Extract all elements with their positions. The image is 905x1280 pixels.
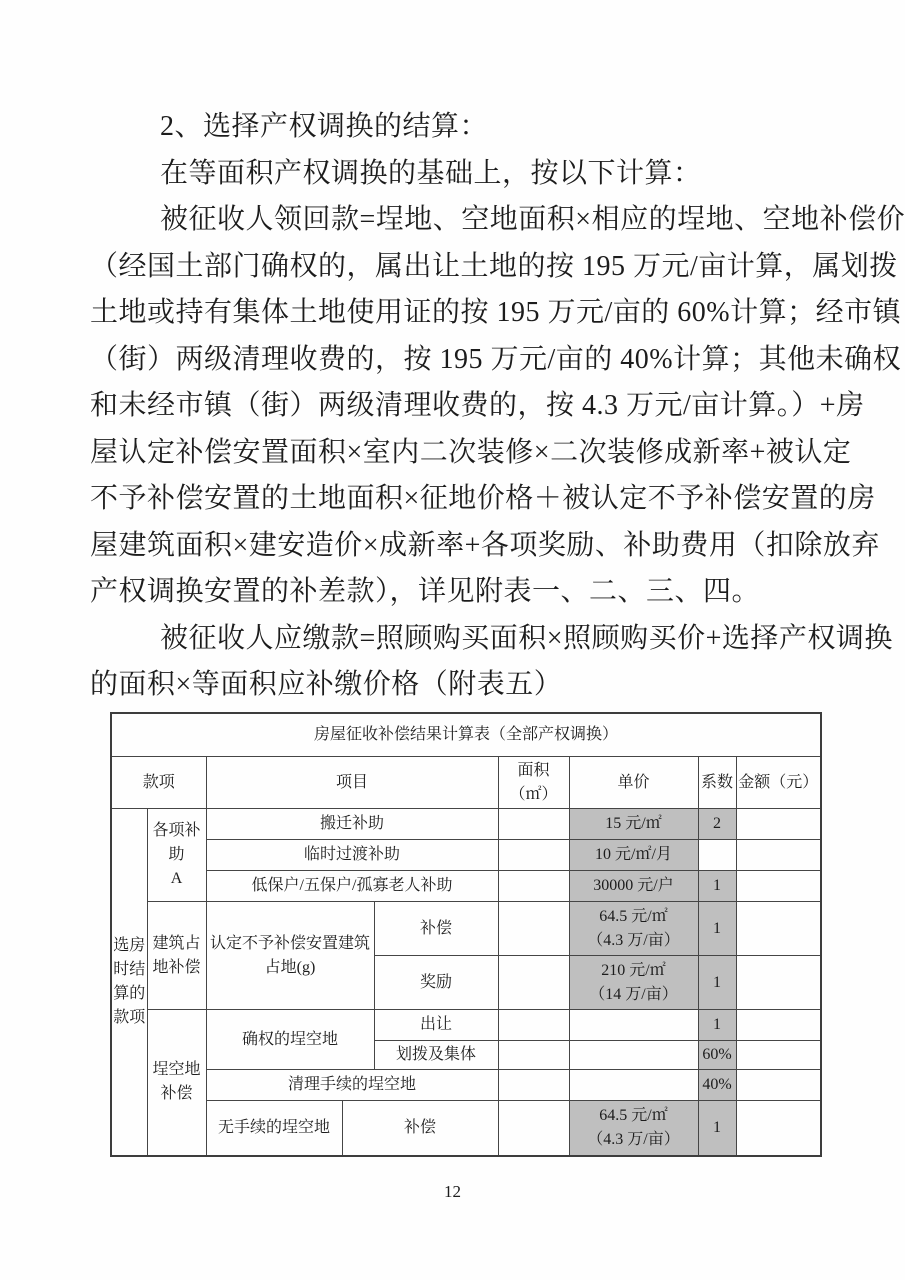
table-row: 选房 时结 算的 款项 各项补 助 A 搬迁补助 15 元/㎡ 2 bbox=[111, 809, 821, 840]
col-header-danjia: 单价 bbox=[569, 757, 698, 809]
cell-amount bbox=[736, 902, 821, 956]
body-text: 2、选择产权调换的结算： 在等面积产权调换的基础上，按以下计算： 被征收人领回款… bbox=[90, 104, 830, 709]
cell-coef: 1 bbox=[698, 956, 736, 1010]
cell-group-subsidies: 各项补 助 A bbox=[147, 809, 206, 902]
cell-price: 64.5 元/㎡ （4.3 万/亩） bbox=[569, 1101, 698, 1156]
cell-amount bbox=[736, 840, 821, 871]
cell-group-building-land: 建筑占 地补偿 bbox=[147, 902, 206, 1010]
cell-item-unresettled-building-land: 认定不予补偿安置建筑 占地(g) bbox=[206, 902, 374, 1010]
col-header-mianji: 面积 （㎡） bbox=[498, 757, 569, 809]
text-line: 在等面积产权调换的基础上，按以下计算： bbox=[90, 151, 830, 198]
cell-item-cleared-vacant-land: 清理手续的埕空地 bbox=[206, 1070, 498, 1101]
compensation-result-table: 房屋征收补偿结果计算表（全部产权调换） 款项 项目 面积 （㎡） 单价 系数 金… bbox=[110, 712, 822, 1157]
cell-subitem-reward: 奖励 bbox=[374, 956, 498, 1010]
text-line: 屋认定补偿安置面积×室内二次装修×二次装修成新率+被认定 bbox=[90, 430, 830, 477]
cell-item-undocumented-vacant-land: 无手续的埕空地 bbox=[206, 1101, 342, 1156]
cell-price: 10 元/㎡/月 bbox=[569, 840, 698, 871]
table-row: 清理手续的埕空地 40% bbox=[111, 1070, 821, 1101]
cell-coef bbox=[698, 840, 736, 871]
cell-coef: 1 bbox=[698, 902, 736, 956]
cell-subitem-compensation: 补偿 bbox=[342, 1101, 498, 1156]
cell-coef: 60% bbox=[698, 1041, 736, 1070]
cell-price bbox=[569, 1041, 698, 1070]
cell-price: 30000 元/户 bbox=[569, 871, 698, 902]
cell-price bbox=[569, 1010, 698, 1041]
text-line: 产权调换安置的补差款），详见附表一、二、三、四。 bbox=[90, 569, 830, 616]
cell-area bbox=[498, 956, 569, 1010]
cell-price: 15 元/㎡ bbox=[569, 809, 698, 840]
table-row: 无手续的埕空地 补偿 64.5 元/㎡ （4.3 万/亩） 1 bbox=[111, 1101, 821, 1156]
document-page: 2、选择产权调换的结算： 在等面积产权调换的基础上，按以下计算： 被征收人领回款… bbox=[0, 0, 905, 1280]
text-line: （经国土部门确权的，属出让土地的按 195 万元/亩计算，属划拨 bbox=[90, 244, 830, 291]
cell-coef: 1 bbox=[698, 1010, 736, 1041]
cell-group-vacant-land: 埕空地 补偿 bbox=[147, 1010, 206, 1156]
table-title-row: 房屋征收补偿结果计算表（全部产权调换） bbox=[111, 713, 821, 757]
text-line: 2、选择产权调换的结算： bbox=[90, 104, 830, 151]
cell-area bbox=[498, 871, 569, 902]
col-header-xiangmu: 项目 bbox=[206, 757, 498, 809]
cell-area bbox=[498, 902, 569, 956]
table-header-row: 款项 项目 面积 （㎡） 单价 系数 金额（元） bbox=[111, 757, 821, 809]
cell-item-transition-subsidy: 临时过渡补助 bbox=[206, 840, 498, 871]
cell-price: 210 元/㎡ （14 万/亩） bbox=[569, 956, 698, 1010]
table-title: 房屋征收补偿结果计算表（全部产权调换） bbox=[111, 713, 821, 757]
table-row: 建筑占 地补偿 认定不予补偿安置建筑 占地(g) 补偿 64.5 元/㎡ （4.… bbox=[111, 902, 821, 956]
col-header-jine: 金额（元） bbox=[736, 757, 821, 809]
cell-amount bbox=[736, 1010, 821, 1041]
text-line: 被征收人领回款=埕地、空地面积×相应的埕地、空地补偿价 bbox=[90, 197, 830, 244]
cell-amount bbox=[736, 871, 821, 902]
text-line: 不予补偿安置的土地面积×征地价格＋被认定不予补偿安置的房 bbox=[90, 476, 830, 523]
cell-area bbox=[498, 1070, 569, 1101]
text-line: 被征收人应缴款=照顾购买面积×照顾购买价+选择产权调换 bbox=[90, 616, 830, 663]
cell-coef: 40% bbox=[698, 1070, 736, 1101]
cell-subitem-compensation: 补偿 bbox=[374, 902, 498, 956]
table-row: 埕空地 补偿 确权的埕空地 出让 1 bbox=[111, 1010, 821, 1041]
cell-area bbox=[498, 840, 569, 871]
cell-price bbox=[569, 1070, 698, 1101]
text-line: 土地或持有集体土地使用证的按 195 万元/亩的 60%计算；经市镇 bbox=[90, 290, 830, 337]
cell-subitem-granted: 出让 bbox=[374, 1010, 498, 1041]
page-number: 12 bbox=[0, 1182, 905, 1202]
table-row: 低保户/五保户/孤寡老人补助 30000 元/户 1 bbox=[111, 871, 821, 902]
text-line: （街）两级清理收费的，按 195 万元/亩的 40%计算；其他未确权 bbox=[90, 337, 830, 384]
text-line: 和未经市镇（街）两级清理收费的，按 4.3 万元/亩计算。）+房 bbox=[90, 383, 830, 430]
cell-coef: 1 bbox=[698, 871, 736, 902]
cell-item-lowincome-subsidy: 低保户/五保户/孤寡老人补助 bbox=[206, 871, 498, 902]
cell-amount bbox=[736, 1101, 821, 1156]
cell-area bbox=[498, 1101, 569, 1156]
cell-settlement-category: 选房 时结 算的 款项 bbox=[111, 809, 147, 1156]
table-row: 临时过渡补助 10 元/㎡/月 bbox=[111, 840, 821, 871]
cell-item-confirmed-vacant-land: 确权的埕空地 bbox=[206, 1010, 374, 1070]
cell-area bbox=[498, 1010, 569, 1041]
cell-amount bbox=[736, 1070, 821, 1101]
cell-amount bbox=[736, 956, 821, 1010]
col-header-xishu: 系数 bbox=[698, 757, 736, 809]
text-line: 的面积×等面积应补缴价格（附表五） bbox=[90, 662, 830, 709]
cell-coef: 2 bbox=[698, 809, 736, 840]
col-header-kuanxiang: 款项 bbox=[111, 757, 206, 809]
text-line: 屋建筑面积×建安造价×成新率+各项奖励、补助费用（扣除放弃 bbox=[90, 523, 830, 570]
cell-subitem-allocated-collective: 划拨及集体 bbox=[374, 1041, 498, 1070]
cell-area bbox=[498, 1041, 569, 1070]
cell-amount bbox=[736, 1041, 821, 1070]
cell-item-relocation-subsidy: 搬迁补助 bbox=[206, 809, 498, 840]
cell-area bbox=[498, 809, 569, 840]
cell-amount bbox=[736, 809, 821, 840]
cell-coef: 1 bbox=[698, 1101, 736, 1156]
cell-price: 64.5 元/㎡ （4.3 万/亩） bbox=[569, 902, 698, 956]
